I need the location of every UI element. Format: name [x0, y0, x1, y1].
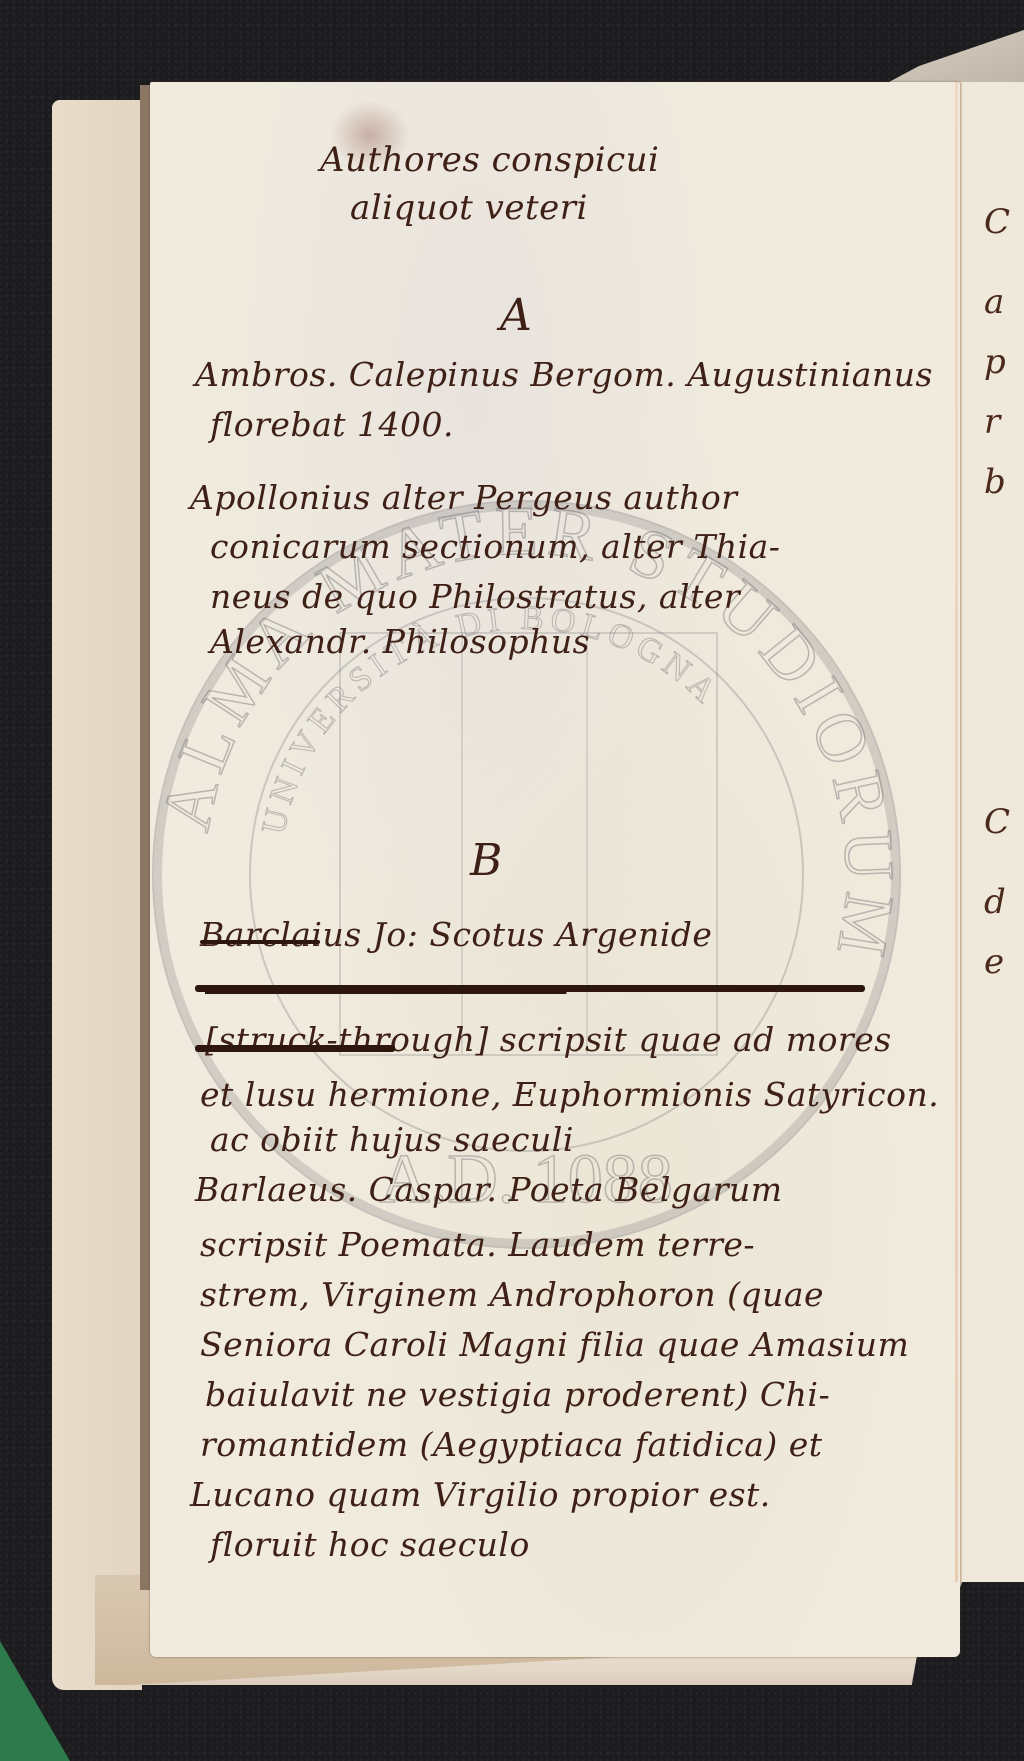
manuscript-line: ac obiit hujus saeculi — [210, 1120, 574, 1159]
facing-page-letter: C — [984, 802, 1010, 842]
manuscript-line: Seniora Caroli Magni filia quae Amasium — [200, 1325, 909, 1364]
manuscript-line: scripsit Poemata. Laudem terre- — [200, 1225, 755, 1264]
manuscript-page — [150, 82, 960, 1657]
book-cover-fold — [52, 100, 142, 1690]
heading-line-2: aliquot veteri — [350, 188, 588, 228]
section-letter-b: B — [470, 835, 503, 886]
manuscript-line: Ambros. Calepinus Bergom. Augustinianus — [195, 355, 933, 394]
manuscript-line: Barlaeus. Caspar. Poeta Belgarum — [195, 1170, 783, 1209]
manuscript-line: Apollonius alter Pergeus author — [190, 478, 738, 517]
strike-through-bar — [195, 985, 865, 992]
facing-page: C a p r b C d e — [960, 82, 1024, 1582]
manuscript-line: et lusu hermione, Euphormionis Satyricon… — [200, 1075, 939, 1114]
strike-through-bar — [200, 940, 320, 944]
facing-page-letter: a — [984, 282, 1004, 322]
manuscript-line: baiulavit ne vestigia proderent) Chi- — [205, 1375, 830, 1414]
manuscript-line: [struck-through] scripsit quae ad mores — [205, 1020, 892, 1059]
manuscript-line: florebat 1400. — [210, 405, 454, 444]
facing-page-letter: b — [984, 462, 1006, 502]
facing-page-letter: e — [984, 942, 1004, 982]
manuscript-line: strem, Virginem Androphoron (quae — [200, 1275, 824, 1314]
facing-page-letter: d — [984, 882, 1006, 922]
manuscript-line: Alexandr. Philosophus — [210, 622, 590, 661]
gutter — [955, 82, 958, 1582]
manuscript-line: Lucano quam Virgilio propior est. — [190, 1475, 771, 1514]
facing-page-letter: C — [984, 202, 1010, 242]
facing-page-letter: p — [984, 342, 1006, 382]
manuscript-line: conicarum sectionum, alter Thia- — [210, 527, 780, 566]
heading-line-1: Authores conspicui — [320, 140, 659, 180]
manuscript-line: romantidem (Aegyptiaca fatidica) et — [200, 1425, 823, 1464]
manuscript-line: neus de quo Philostratus, alter — [210, 577, 740, 616]
facing-page-letter: r — [984, 402, 1000, 442]
book-cover-corner — [874, 30, 1024, 90]
manuscript-line: Barclaius Jo: Scotus Argenide — [200, 915, 712, 954]
section-letter-a: A — [500, 290, 532, 341]
manuscript-line: floruit hoc saeculo — [210, 1525, 530, 1564]
strike-through-bar — [195, 1045, 395, 1052]
